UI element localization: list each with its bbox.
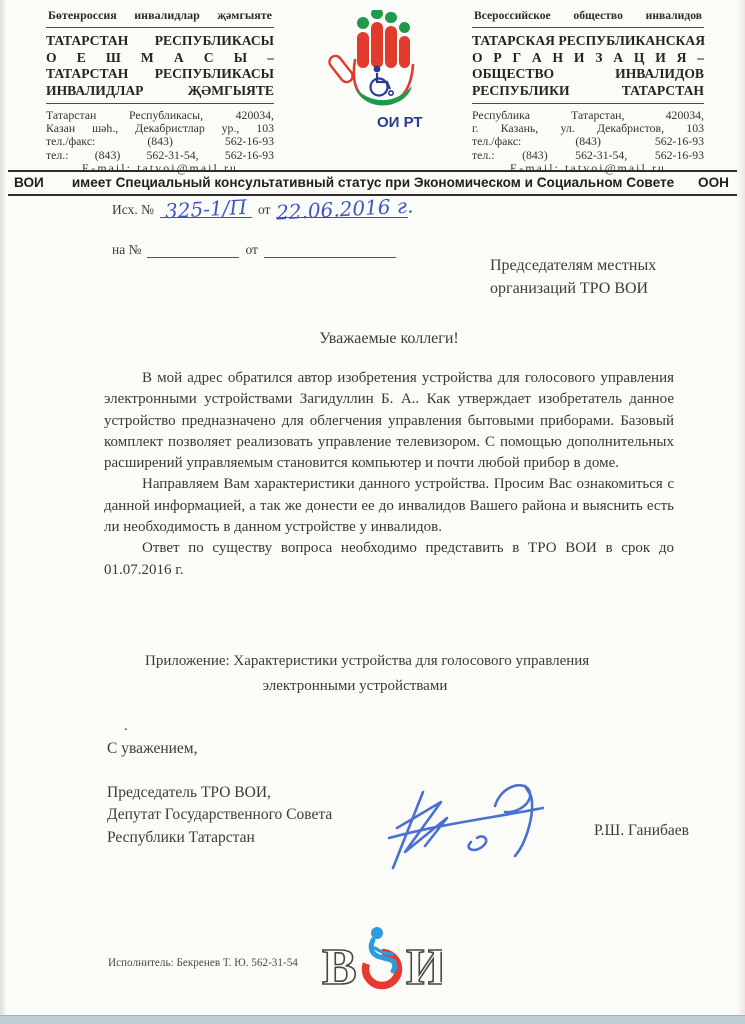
body-paragraph: Ответ по существу вопроса необходимо пре… xyxy=(104,538,674,581)
status-voi: ВОИ xyxy=(14,175,44,190)
scan-edge-left xyxy=(0,0,7,1024)
letterhead-russian: Всероссийское общество инвалидов ТАТАРСК… xyxy=(472,8,704,175)
status-oon: ООН xyxy=(698,175,731,190)
letterhead-tatar: Бөтенроссия инвалидлар җәмгыяте ТАТАРСТА… xyxy=(46,8,274,175)
signer-title-line: Депутат Государственного Совета xyxy=(107,804,332,826)
org-line: О Е Ш М А С Ы – xyxy=(46,50,274,67)
voi-letter-i: И xyxy=(406,939,442,996)
signer-title-block: Председатель ТРО ВОИ, Депутат Государств… xyxy=(107,782,332,849)
addressee-line: Председателям местных xyxy=(490,254,685,277)
signer-name: Р.Ш. Ганибаев xyxy=(594,822,689,840)
phone-fax-line: тел./факс: (843) 562-16-93 xyxy=(472,135,704,148)
scan-edge-bottom xyxy=(0,1015,745,1024)
org-name-tatar: ТАТАРСТАН РЕСПУБЛИКАСЫ О Е Ш М А С Ы – Т… xyxy=(46,33,274,99)
org-line: РЕСПУБЛИКИ ТАТАРСТАН xyxy=(472,83,704,100)
greeting: Уважаемые коллеги! xyxy=(104,330,674,348)
hand-wheelchair-logo-icon: ОИ РТ xyxy=(328,10,428,139)
addressee-block: Председателям местных организаций ТРО ВО… xyxy=(490,254,685,300)
handwritten-signature-icon xyxy=(375,770,555,883)
org-line: ИНВАЛИДЛАР ҖӘМГЫЯТЕ xyxy=(46,83,274,100)
executor-line: Исполнитель: Бекренев Т. Ю. 562-31-54 xyxy=(108,957,298,969)
incoming-ref-row: на №от xyxy=(112,238,402,258)
from-label: от xyxy=(258,202,270,217)
org-line: ТАТАРСТАН РЕСПУБЛИКАСЫ xyxy=(46,66,274,83)
phone-line: тел.: (843) 562-31-54, 562-16-93 xyxy=(472,149,704,162)
society-name-tatar: Бөтенроссия инвалидлар җәмгыяте xyxy=(46,8,274,23)
letter-page: Бөтенроссия инвалидлар җәмгыяте ТАТАРСТА… xyxy=(0,0,745,1024)
org-line: О Р Г А Н И З А Ц И Я – xyxy=(472,50,704,67)
outgoing-number-field: 325-1/П xyxy=(160,198,252,218)
attachment-line: электронными устройствами xyxy=(145,674,635,699)
logo-caption: ОИ РТ xyxy=(377,114,423,131)
voi-letter-v: В xyxy=(322,939,357,996)
outgoing-date-field: 22.06.2016 г. xyxy=(276,198,408,218)
org-line: ТАТАРСТАН РЕСПУБЛИКАСЫ xyxy=(46,33,274,50)
handwritten-outgoing-date: 22.06.2016 г. xyxy=(276,193,414,224)
stray-dot: . xyxy=(124,718,128,735)
incoming-number-label: на № xyxy=(112,242,141,257)
org-line: ОБЩЕСТВО ИНВАЛИДОВ xyxy=(472,66,704,83)
incoming-date-field xyxy=(264,238,396,258)
divider xyxy=(472,27,704,28)
status-text: имеет Специальный консультативный статус… xyxy=(44,175,698,190)
divider xyxy=(46,27,274,28)
divider xyxy=(472,103,704,104)
letter-body: В мой адрес обратился автор изобретения … xyxy=(104,368,674,581)
divider xyxy=(46,103,274,104)
un-status-bar: ВОИ имеет Специальный консультативный ст… xyxy=(8,170,737,196)
addressee-line: организаций ТРО ВОИ xyxy=(490,277,685,300)
attachment-block: Приложение: Характеристики устройства дл… xyxy=(145,649,635,698)
body-paragraph: Направляем Вам характеристики данного ус… xyxy=(104,474,674,538)
body-paragraph: В мой адрес обратился автор изобретения … xyxy=(104,368,674,474)
address-block-tatar: Татарстан Республикасы, 420034, Казан шә… xyxy=(46,109,274,175)
from-label: от xyxy=(245,242,257,257)
address-block-russian: Республика Татарстан, 420034, г. Казань,… xyxy=(472,109,704,175)
org-name-russian: ТАТАРСКАЯ РЕСПУБЛИКАНСКАЯ О Р Г А Н И З … xyxy=(472,33,704,99)
attachment-line: Приложение: Характеристики устройства дл… xyxy=(145,649,635,674)
phone-line: тел.: (843) 562-31-54, 562-16-93 xyxy=(46,149,274,162)
scan-edge-right xyxy=(737,0,745,1024)
outgoing-ref-row: Исх. №325-1/Пот22.06.2016 г. xyxy=(112,198,414,218)
handwritten-outgoing-number: 325-1/П xyxy=(164,195,247,223)
closing-respect: С уважением, xyxy=(107,740,198,758)
society-name-russian: Всероссийское общество инвалидов xyxy=(472,8,704,23)
voi-wheel-logo-icon: В И xyxy=(322,924,442,1001)
org-line: ТАТАРСКАЯ РЕСПУБЛИКАНСКАЯ xyxy=(472,33,704,50)
incoming-number-field xyxy=(147,238,239,258)
signer-title-line: Председатель ТРО ВОИ, xyxy=(107,782,332,804)
signer-title-line: Республики Татарстан xyxy=(107,827,332,849)
phone-fax-line: тел./факс: (843) 562-16-93 xyxy=(46,135,274,148)
outgoing-number-label: Исх. № xyxy=(112,202,154,217)
